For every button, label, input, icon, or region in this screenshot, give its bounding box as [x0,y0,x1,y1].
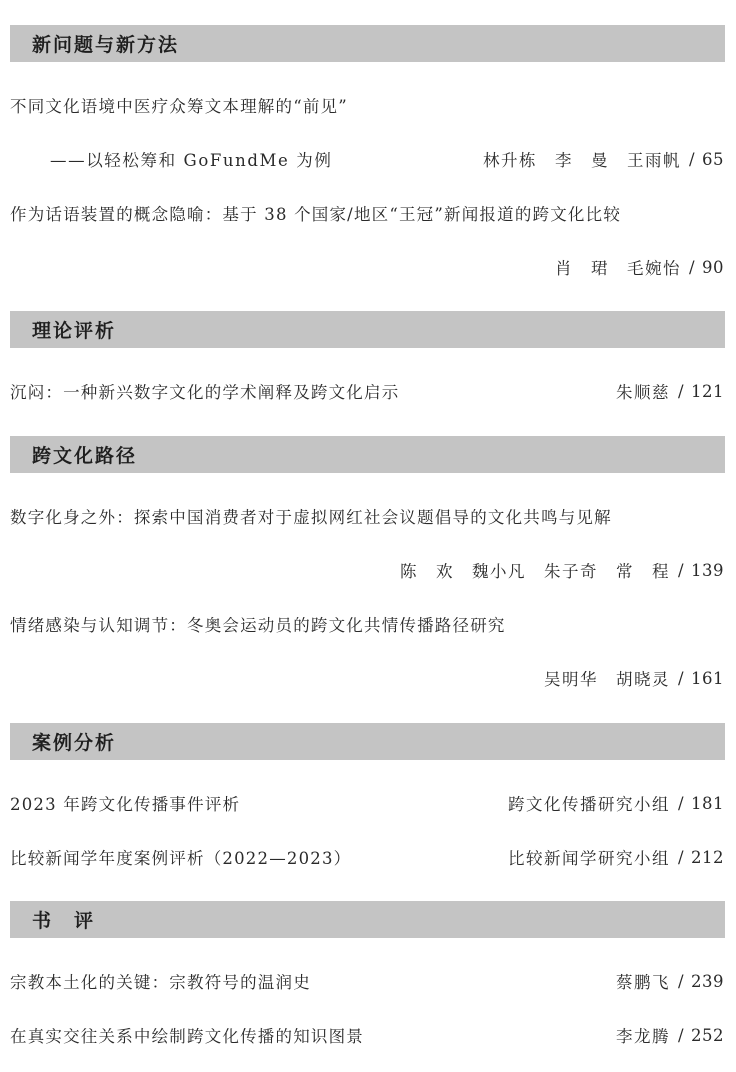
authors: 林升栋 李 曼 王雨帆 [483,147,681,171]
toc-entry-byline: ——以轻松筹和 GoFundMe 为例 林升栋 李 曼 王雨帆 / 65 [10,147,724,171]
byline: 蔡鹏飞 / 239 [616,969,724,993]
separator: / [678,848,685,867]
section-title: 案例分析 [32,728,116,755]
toc-entry-byline: 陈 欢 魏小凡 朱子奇 常 程 / 139 [10,558,724,582]
separator: / [678,1026,685,1045]
byline: 跨文化传播研究小组 / 181 [508,791,724,815]
page-number[interactable]: 212 [691,848,724,867]
separator: / [678,972,685,991]
separator: / [689,150,696,169]
page-number[interactable]: 65 [702,150,724,169]
toc-entry[interactable]: 沉闷：一种新兴数字文化的学术阐释及跨文化启示 朱顺慈 / 121 [10,379,724,403]
section-header-new-issues: 新问题与新方法 [10,25,725,62]
article-title[interactable]: 情绪感染与认知调节：冬奥会运动员的跨文化共情传播路径研究 [10,612,506,636]
toc-entry[interactable]: 宗教本土化的关键：宗教符号的温润史 蔡鹏飞 / 239 [10,969,724,993]
section-title: 书 评 [32,906,95,933]
authors: 比较新闻学研究小组 [508,845,670,869]
byline: 肖 珺 毛婉怡 / 90 [555,255,724,279]
toc-entry-byline: 肖 珺 毛婉怡 / 90 [10,255,724,279]
byline: 吴明华 胡晓灵 / 161 [544,666,724,690]
separator: / [678,794,685,813]
byline: 李龙腾 / 252 [616,1023,724,1047]
page-number[interactable]: 181 [691,794,724,813]
article-title[interactable]: 宗教本土化的关键：宗教符号的温润史 [10,969,311,993]
article-title[interactable]: 2023 年跨文化传播事件评析 [10,791,240,815]
authors: 李龙腾 [616,1023,670,1047]
authors: 肖 珺 毛婉怡 [555,255,681,279]
page-number[interactable]: 90 [702,258,724,277]
section-title: 理论评析 [32,316,116,343]
section-title: 跨文化路径 [32,441,137,468]
authors: 朱顺慈 [616,379,670,403]
toc-entry-title[interactable]: 不同文化语境中医疗众筹文本理解的“前见” [10,93,724,117]
article-subtitle: ——以轻松筹和 GoFundMe 为例 [10,147,332,171]
toc-entry-title[interactable]: 数字化身之外：探索中国消费者对于虚拟网红社会议题倡导的文化共鸣与见解 [10,504,724,528]
article-title[interactable]: 不同文化语境中医疗众筹文本理解的“前见” [10,93,348,117]
page-number[interactable]: 239 [691,972,724,991]
article-title[interactable]: 数字化身之外：探索中国消费者对于虚拟网红社会议题倡导的文化共鸣与见解 [10,504,612,528]
separator: / [678,669,685,688]
byline: 朱顺慈 / 121 [616,379,724,403]
section-header-cross-cultural-paths: 跨文化路径 [10,436,725,473]
section-header-theory-review: 理论评析 [10,311,725,348]
toc-entry[interactable]: 比较新闻学年度案例评析（2022—2023） 比较新闻学研究小组 / 212 [10,845,724,869]
page-number[interactable]: 252 [691,1026,724,1045]
authors: 陈 欢 魏小凡 朱子奇 常 程 [400,558,670,582]
byline: 林升栋 李 曼 王雨帆 / 65 [483,147,724,171]
article-title[interactable]: 比较新闻学年度案例评析（2022—2023） [10,845,351,869]
page-number[interactable]: 161 [691,669,724,688]
byline: 比较新闻学研究小组 / 212 [508,845,724,869]
section-header-book-review: 书 评 [10,901,725,938]
section-title: 新问题与新方法 [32,30,179,57]
page-number[interactable]: 121 [691,382,724,401]
toc-entry[interactable]: 2023 年跨文化传播事件评析 跨文化传播研究小组 / 181 [10,791,724,815]
authors: 蔡鹏飞 [616,969,670,993]
toc-entry[interactable]: 在真实交往关系中绘制跨文化传播的知识图景 李龙腾 / 252 [10,1023,724,1047]
toc-entry-title[interactable]: 情绪感染与认知调节：冬奥会运动员的跨文化共情传播路径研究 [10,612,724,636]
separator: / [689,258,696,277]
authors: 跨文化传播研究小组 [508,791,670,815]
toc-entry-title[interactable]: 作为话语装置的概念隐喻：基于 38 个国家/地区“王冠”新闻报道的跨文化比较 [10,201,724,225]
article-title[interactable]: 沉闷：一种新兴数字文化的学术阐释及跨文化启示 [10,379,399,403]
section-header-case-analysis: 案例分析 [10,723,725,760]
byline: 陈 欢 魏小凡 朱子奇 常 程 / 139 [400,558,724,582]
page-number[interactable]: 139 [691,561,724,580]
authors: 吴明华 胡晓灵 [544,666,670,690]
toc-entry-byline: 吴明华 胡晓灵 / 161 [10,666,724,690]
separator: / [678,561,685,580]
separator: / [678,382,685,401]
article-title[interactable]: 在真实交往关系中绘制跨文化传播的知识图景 [10,1023,364,1047]
article-title[interactable]: 作为话语装置的概念隐喻：基于 38 个国家/地区“王冠”新闻报道的跨文化比较 [10,201,621,225]
